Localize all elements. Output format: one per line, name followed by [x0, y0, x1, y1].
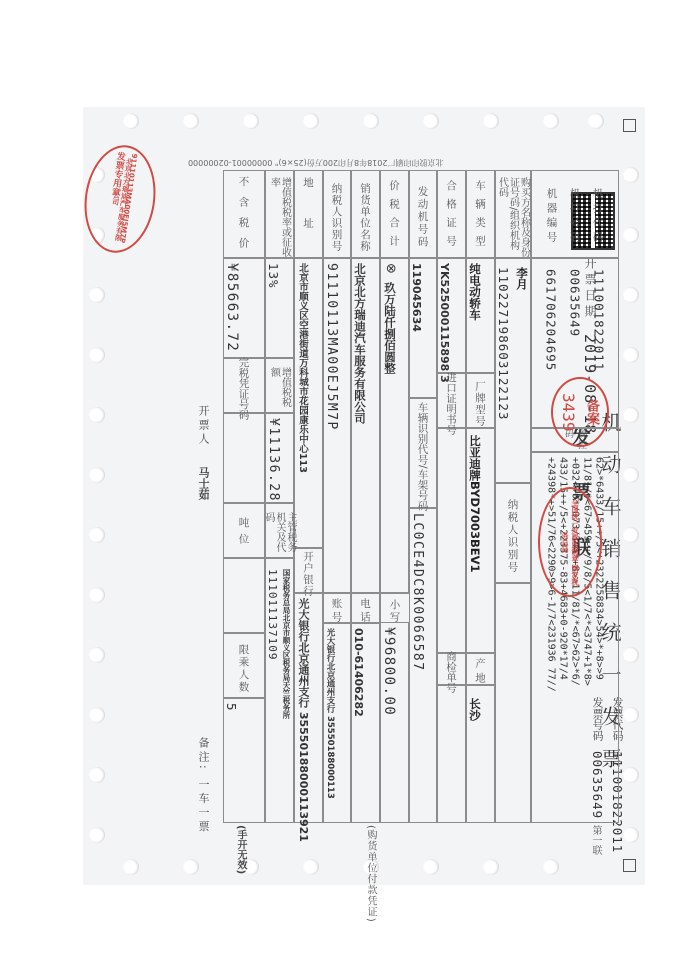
- machine-serial: 661706204695: [544, 263, 559, 371]
- machine-labels: 机打代码 机打号码 机器编号: [531, 170, 619, 258]
- buyer-taxpayer-label: 纳税人识别号: [495, 483, 531, 583]
- machine-code: 111001822011: [592, 263, 607, 371]
- cert-value: YK525000115898 3: [437, 258, 466, 373]
- address-label: 地址: [294, 170, 323, 258]
- tax-authority-label: 主管税务机关及代码: [265, 503, 294, 558]
- issuer: 开票人 马士茹: [195, 405, 211, 500]
- lowercase-value: ¥96800.00: [380, 623, 409, 823]
- phone-value: 010-61406282: [351, 623, 380, 823]
- origin-label: 产地: [466, 653, 495, 685]
- vehicle-type-value: 纯电动轿车: [466, 258, 495, 373]
- tax-authority-value: 国家税务总局北京市顺义区税务局天竺税务所 111011137109: [265, 558, 294, 823]
- total-uppercase-value: ⊗ 玖万陆仟捌佰圆整: [380, 258, 409, 593]
- vin-value: LC0CE4DC8K0066587: [409, 508, 437, 823]
- remark: 备注: 一车一票: [195, 737, 211, 834]
- machine-number: 00635649: [568, 263, 583, 371]
- buyer-taxpayer-value: [495, 583, 531, 823]
- bank-value: 光大银行北京通州支行 35550188000113921: [294, 593, 323, 823]
- duty-receipt-label: 完税凭证号码: [223, 358, 265, 413]
- buyer-id: 110227198603122123: [496, 261, 511, 420]
- address-value: 北京市顺义区空港街道万科城市花园康乐中心113: [294, 258, 323, 548]
- perforation-top: [83, 107, 645, 147]
- bank-label: 开户银行: [294, 548, 323, 593]
- tax-rate-label: 增值税税率或征收率: [265, 170, 294, 258]
- lowercase-label: 小写: [380, 593, 409, 623]
- origin-value: 长沙: [466, 685, 495, 823]
- total-label: 价税合计: [380, 170, 409, 258]
- import-cert-label: 进口证明书号: [437, 373, 466, 428]
- pretax-value: ¥85663.72: [223, 258, 265, 358]
- buyer-name-label: 购买方名称及身份证号码/组织机构代码: [495, 170, 531, 258]
- number-seal-stamp: 备案 3439: [551, 377, 609, 447]
- brand-model-value: 比亚迪牌BYD7003BEV1: [466, 428, 495, 653]
- seller-seal-overlay: 91110113MA00EJ5M7P 发票专用章: [85, 148, 156, 249]
- seller-name-value: 北京北方瑞迪汽车服务有限公司: [351, 258, 380, 593]
- account-value: 光大银行北京通州支行 35550188000113: [323, 623, 351, 823]
- phone-label: 电话: [351, 593, 380, 623]
- account-label: 账号: [323, 593, 351, 623]
- buyer-name: 李月: [514, 261, 530, 420]
- seller-taxpayer-value: 91110113MA00EJ5M7P: [323, 258, 351, 593]
- vin-label: 车辆识别代号/车架号码: [409, 398, 437, 508]
- pretax-label: 不含税价: [223, 170, 265, 258]
- duty-receipt-value: [223, 413, 265, 503]
- cancel-circle-icon: ⊗: [383, 263, 398, 274]
- tax-amount-label: 增值税税额: [265, 358, 294, 413]
- corner-marker: [623, 859, 636, 872]
- printer-note: 北京胶印印刷厂2018年8月印200万份(25×6)" 00000001-020…: [188, 157, 443, 168]
- vehicle-type-label: 车辆类型: [466, 170, 495, 258]
- cert-label: 合格证号: [437, 170, 466, 258]
- tonnage-label: 吨位: [223, 503, 265, 558]
- invoice-document: 北京胶印印刷厂2018年8月印200万份(25×6)" 00000001-020…: [83, 107, 645, 885]
- tonnage-value: [223, 558, 265, 633]
- engine-value: 119045634: [409, 258, 437, 398]
- tax-bureau-seal-stamp: 全国统一发票监制章 国家税务总局: [538, 487, 602, 597]
- inspection-value: [437, 685, 466, 823]
- buyer-name-value: 李月 110227198603122123: [495, 258, 531, 483]
- capacity-value: 5: [223, 698, 265, 823]
- corner-marker: [623, 119, 636, 132]
- tax-amount-value: ¥11136.28: [265, 413, 294, 503]
- copy-strip: (手开无效) (购货单位付款凭证) 第一联: [233, 823, 623, 847]
- seller-name-label: 销货单位名称: [351, 170, 380, 258]
- tax-rate-value: 13%: [265, 258, 294, 358]
- inspection-label: 商检单号: [437, 653, 466, 685]
- engine-label: 发动机号码: [409, 170, 437, 258]
- capacity-label: 限乘人数: [223, 633, 265, 698]
- brand-model-label: 厂牌型号: [466, 373, 495, 428]
- seller-taxpayer-label: 纳税人识别号: [323, 170, 351, 258]
- import-cert-value: [437, 428, 466, 653]
